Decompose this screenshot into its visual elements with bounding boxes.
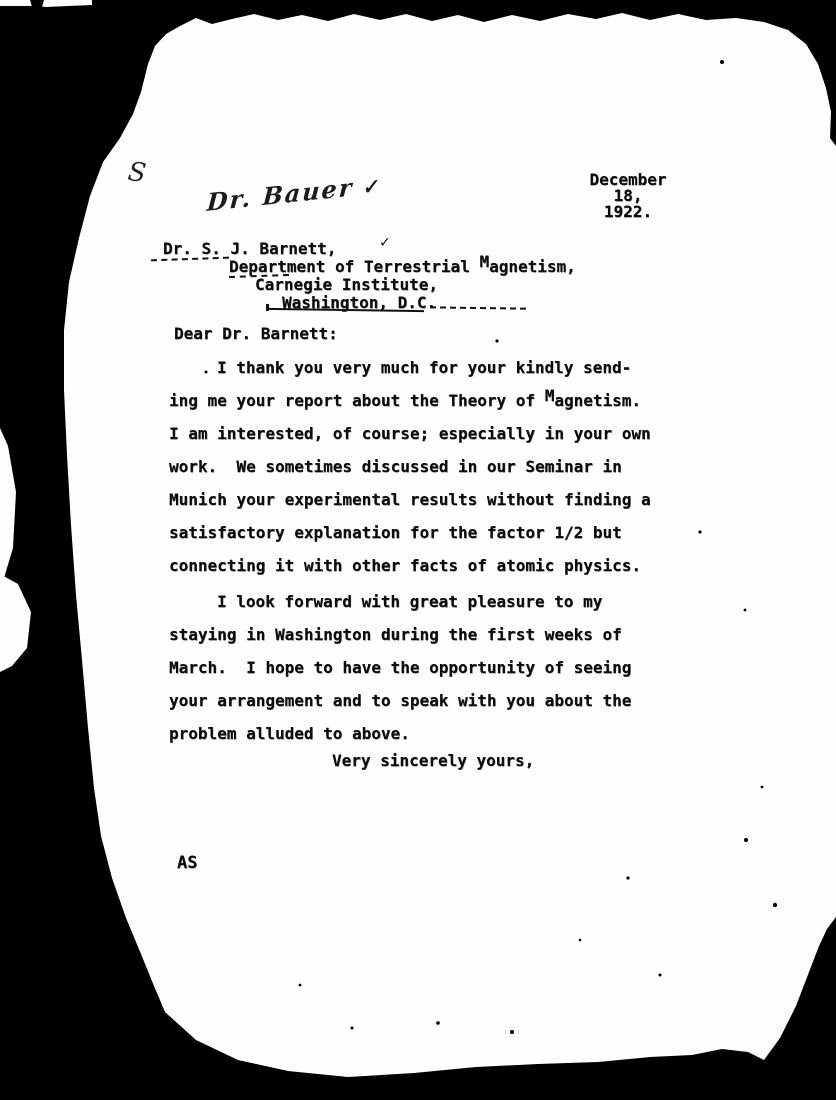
margin-mark: S: [126, 157, 148, 189]
text-segment: I am interested, of course; especially i…: [169, 424, 651, 443]
body-line: your arrangement and to speak with you a…: [169, 691, 631, 711]
text-segment: I thank you very much for your kindly se…: [217, 358, 631, 377]
text-segment: your arrangement and to speak with you a…: [169, 691, 631, 710]
body-line: Munich your experimental results without…: [169, 490, 651, 510]
text-segment: work. We sometimes discussed in our Semi…: [169, 457, 622, 476]
body-line: March. I hope to have the opportunity of…: [169, 658, 631, 678]
letter-body: I thank you very much for your kindly se…: [169, 0, 729, 800]
text-segment: ing me your report about the Theory of: [169, 391, 545, 410]
body-line: I look forward with great pleasure to my: [217, 592, 602, 612]
body-line: ing me your report about the Theory of M…: [169, 391, 641, 411]
body-line: I am interested, of course; especially i…: [169, 424, 651, 444]
text-segment: connecting it with other facts of atomic…: [169, 556, 641, 575]
typist-initials: AS: [177, 853, 197, 873]
body-line: I thank you very much for your kindly se…: [217, 358, 631, 378]
text-segment: I look forward with great pleasure to my: [217, 592, 602, 611]
text-segment: M: [545, 386, 555, 405]
closing-line: Very sincerely yours,: [332, 751, 534, 771]
body-line: satisfactory explanation for the factor …: [169, 523, 622, 543]
text-segment: problem alluded to above.: [169, 724, 410, 743]
text-segment: satisfactory explanation for the factor …: [169, 523, 622, 542]
body-line: staying in Washington during the first w…: [169, 625, 622, 645]
body-line: work. We sometimes discussed in our Semi…: [169, 457, 622, 477]
body-line: problem alluded to above.: [169, 724, 410, 744]
text-segment: March. I hope to have the opportunity of…: [169, 658, 631, 677]
body-line: connecting it with other facts of atomic…: [169, 556, 641, 576]
text-segment: Munich your experimental results without…: [169, 490, 651, 509]
text-segment: agnetism.: [554, 391, 641, 410]
text-segment: staying in Washington during the first w…: [169, 625, 622, 644]
letter-page: December18,1922. S Dr. Bauer✓ Dr. S. J. …: [0, 0, 836, 1100]
